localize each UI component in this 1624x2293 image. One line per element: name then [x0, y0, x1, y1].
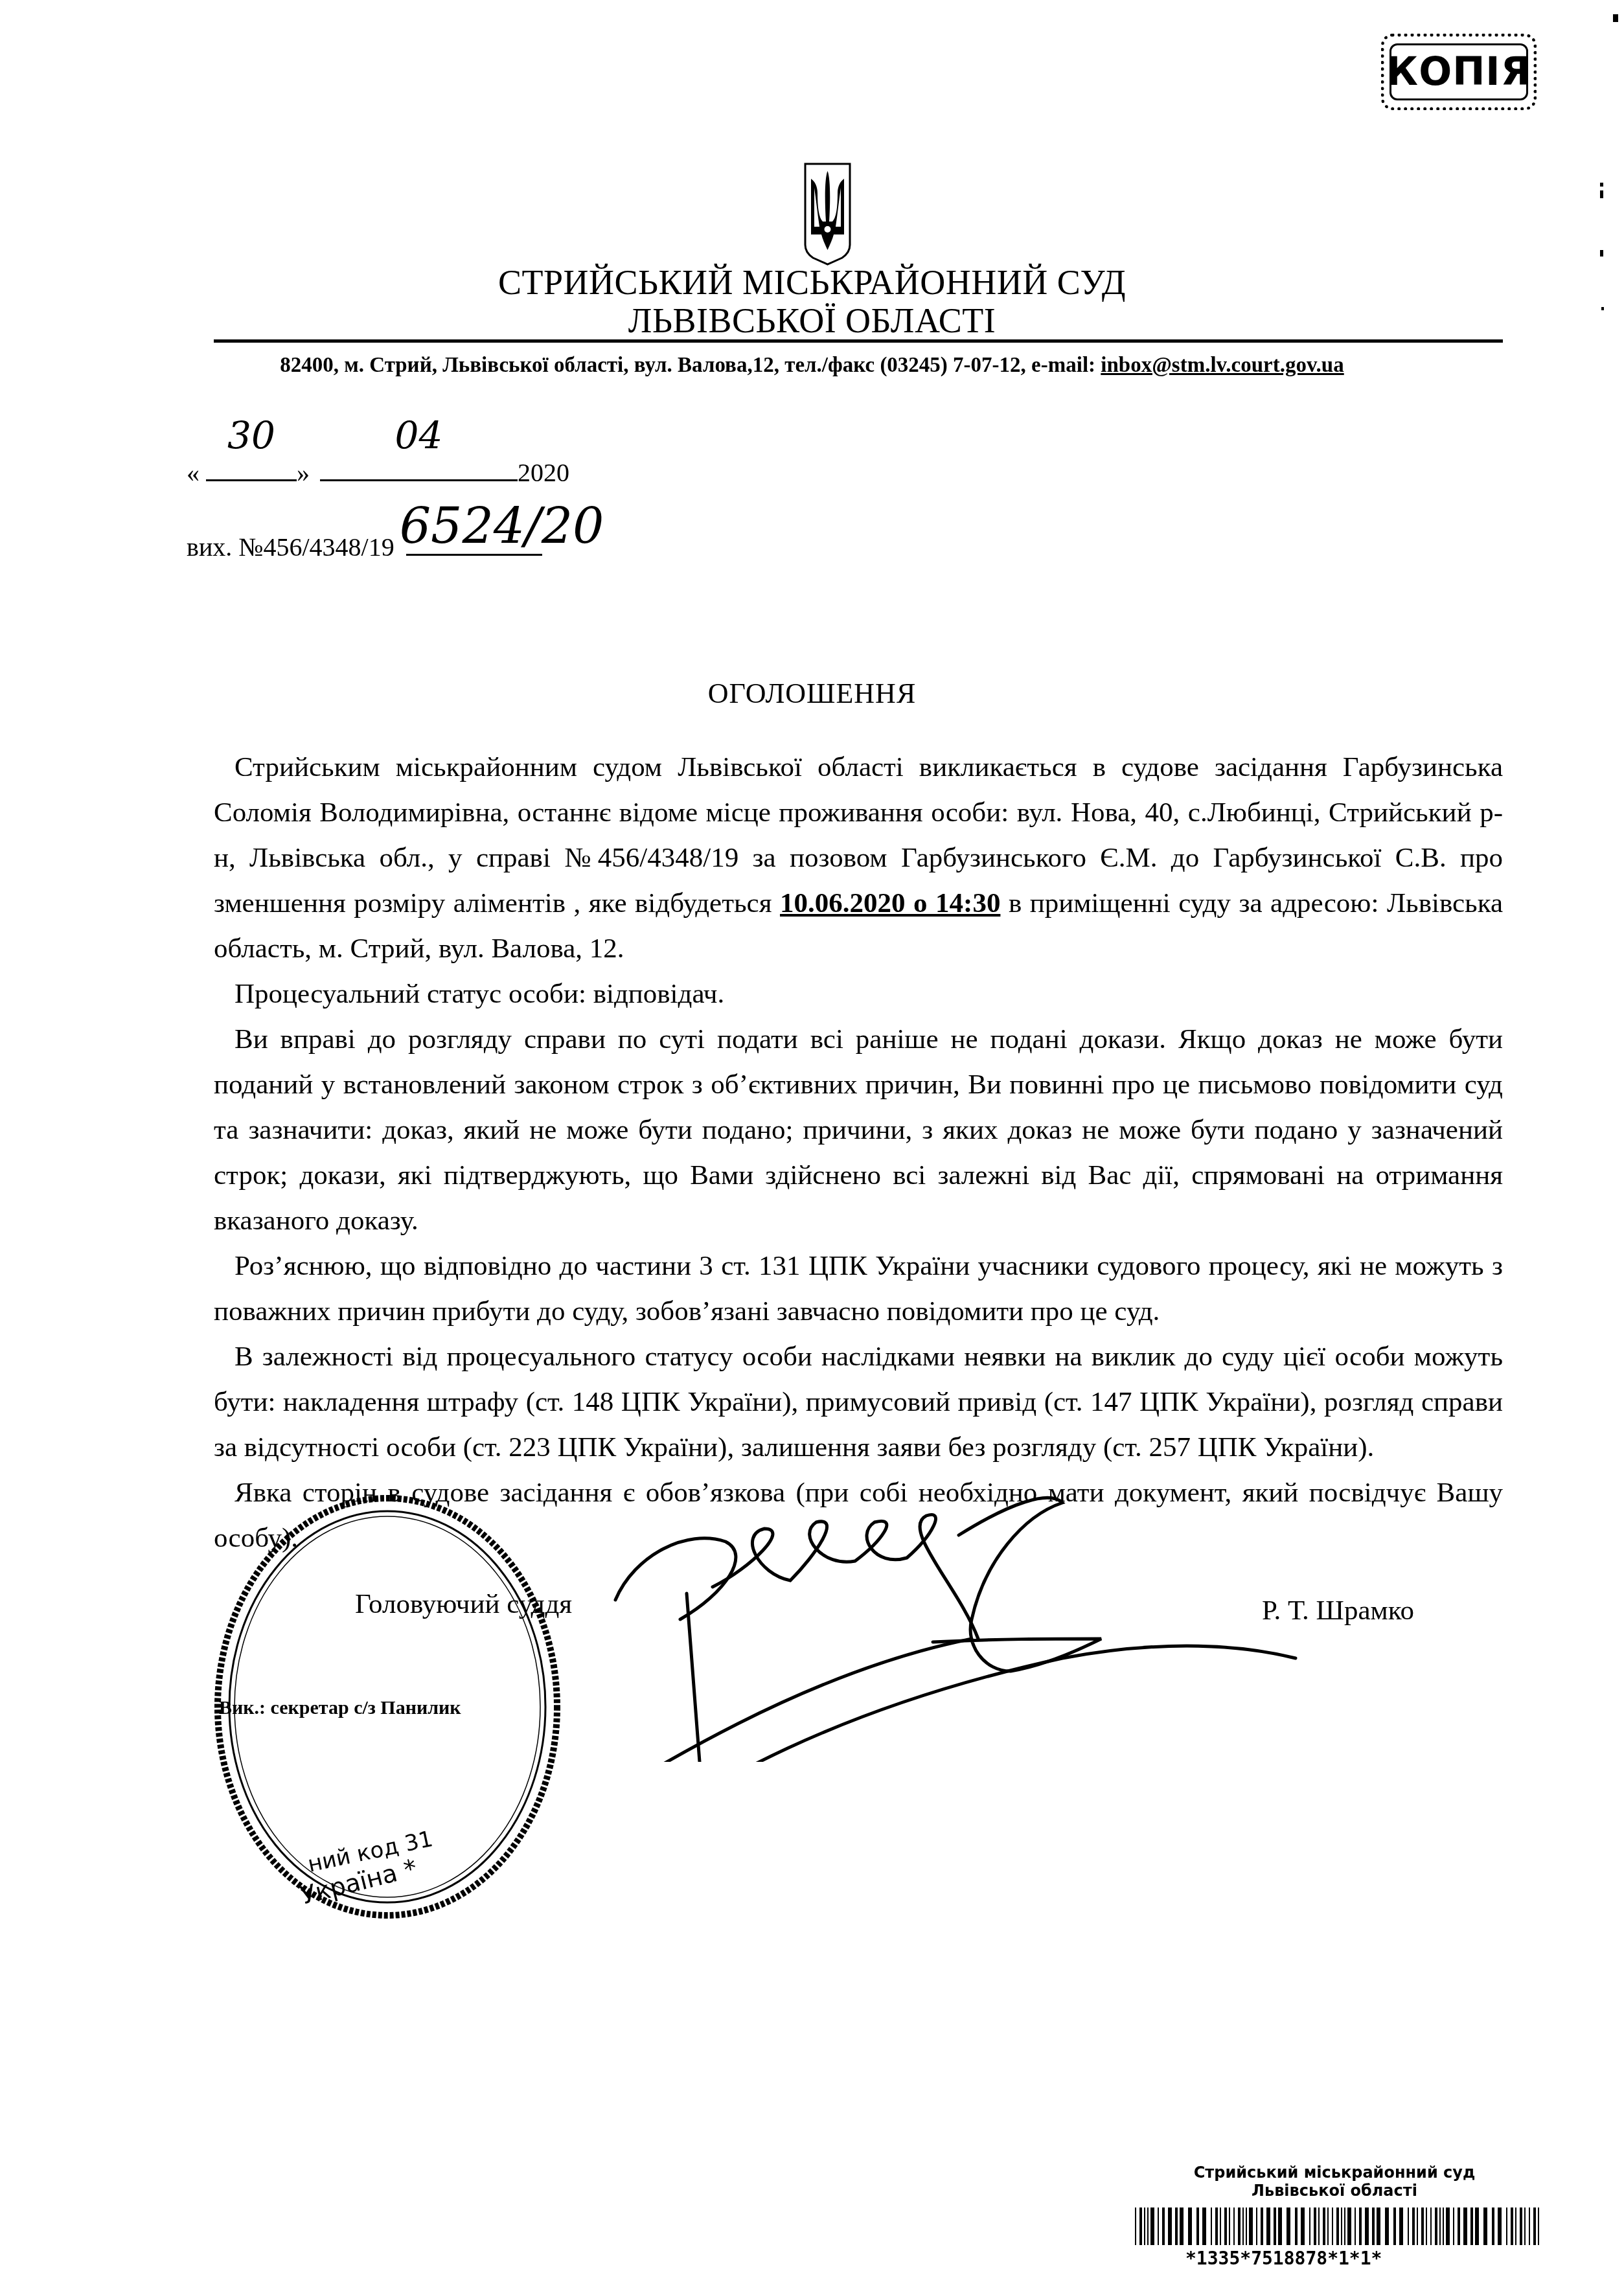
announcement-title: ОГОЛОШЕННЯ: [0, 677, 1624, 710]
scan-edge-mark: [1600, 250, 1603, 257]
date-month-handwritten: 04: [320, 413, 518, 457]
outgoing-reference: вих. №456/4348/19 6524/20: [187, 528, 542, 562]
ref-number-field: 6524/20: [406, 528, 542, 556]
barcode-icon: [1135, 2207, 1543, 2245]
footer-court-line1: Стрийський міськрайонний суд: [1179, 2163, 1490, 2182]
ref-label: вих. №456/4348/19: [187, 532, 395, 562]
copy-stamp: КОПІЯ: [1381, 34, 1537, 110]
court-email-link[interactable]: inbox@stm.lv.court.gov.ua: [1101, 354, 1344, 377]
paragraph-consequences: В залежності від процесуального статусу …: [214, 1334, 1503, 1470]
document-date: « 30 » 04 2020: [187, 453, 569, 488]
court-address: 82400, м. Стрий, Львівської області, вул…: [0, 354, 1624, 378]
scan-edge-mark: [1600, 183, 1603, 187]
judge-name: Р. Т. Шрамко: [1262, 1595, 1414, 1626]
scan-edge-mark: [1600, 190, 1603, 198]
court-address-text: 82400, м. Стрий, Львівської області, вул…: [280, 354, 1101, 377]
header-divider: [214, 339, 1503, 343]
date-year: 2020: [518, 458, 569, 487]
date-open-quote: «: [187, 458, 200, 487]
date-month-field: 04: [320, 453, 518, 481]
footer-court-line2: Львівської області: [1179, 2182, 1490, 2200]
judge-role: Головуючий суддя: [355, 1588, 572, 1620]
hearing-datetime: 10.06.2020 о 14:30: [780, 888, 1000, 918]
footer-court-name: Стрийський міськрайонний суд Львівської …: [1179, 2163, 1490, 2200]
barcode-number: *1335*7518878*1*1*: [1185, 2248, 1382, 2269]
paragraph-summons: Стрийським міськрайонним судом Львівсько…: [214, 745, 1503, 972]
court-name-line1: СТРИЙСЬКИЙ МІСЬКРАЙОННИЙ СУД: [0, 262, 1624, 302]
secretary-note: Вик.: секретар с/з Панилик: [219, 1697, 461, 1719]
coat-of-arms-icon: [803, 162, 852, 266]
court-name-line2: ЛЬВІВСЬКОЇ ОБЛАСТІ: [0, 301, 1624, 341]
date-close-quote: »: [297, 458, 310, 487]
scan-edge-mark: [1613, 14, 1618, 22]
date-day-handwritten: 30: [206, 413, 297, 457]
ref-number-handwritten: 6524/20: [400, 497, 620, 554]
announcement-body: Стрийським міськрайонним судом Львівсько…: [214, 745, 1503, 1561]
paragraph-evidence: Ви вправі до розгляду справи по суті под…: [214, 1017, 1503, 1244]
copy-stamp-label: КОПІЯ: [1386, 49, 1531, 95]
paragraph-status: Процесуальний статус особи: відповідач.: [214, 972, 1503, 1017]
paragraph-notice: Роз’яснюю, що відповідно до частини 3 ст…: [214, 1244, 1503, 1334]
date-day-field: 30: [206, 453, 297, 481]
